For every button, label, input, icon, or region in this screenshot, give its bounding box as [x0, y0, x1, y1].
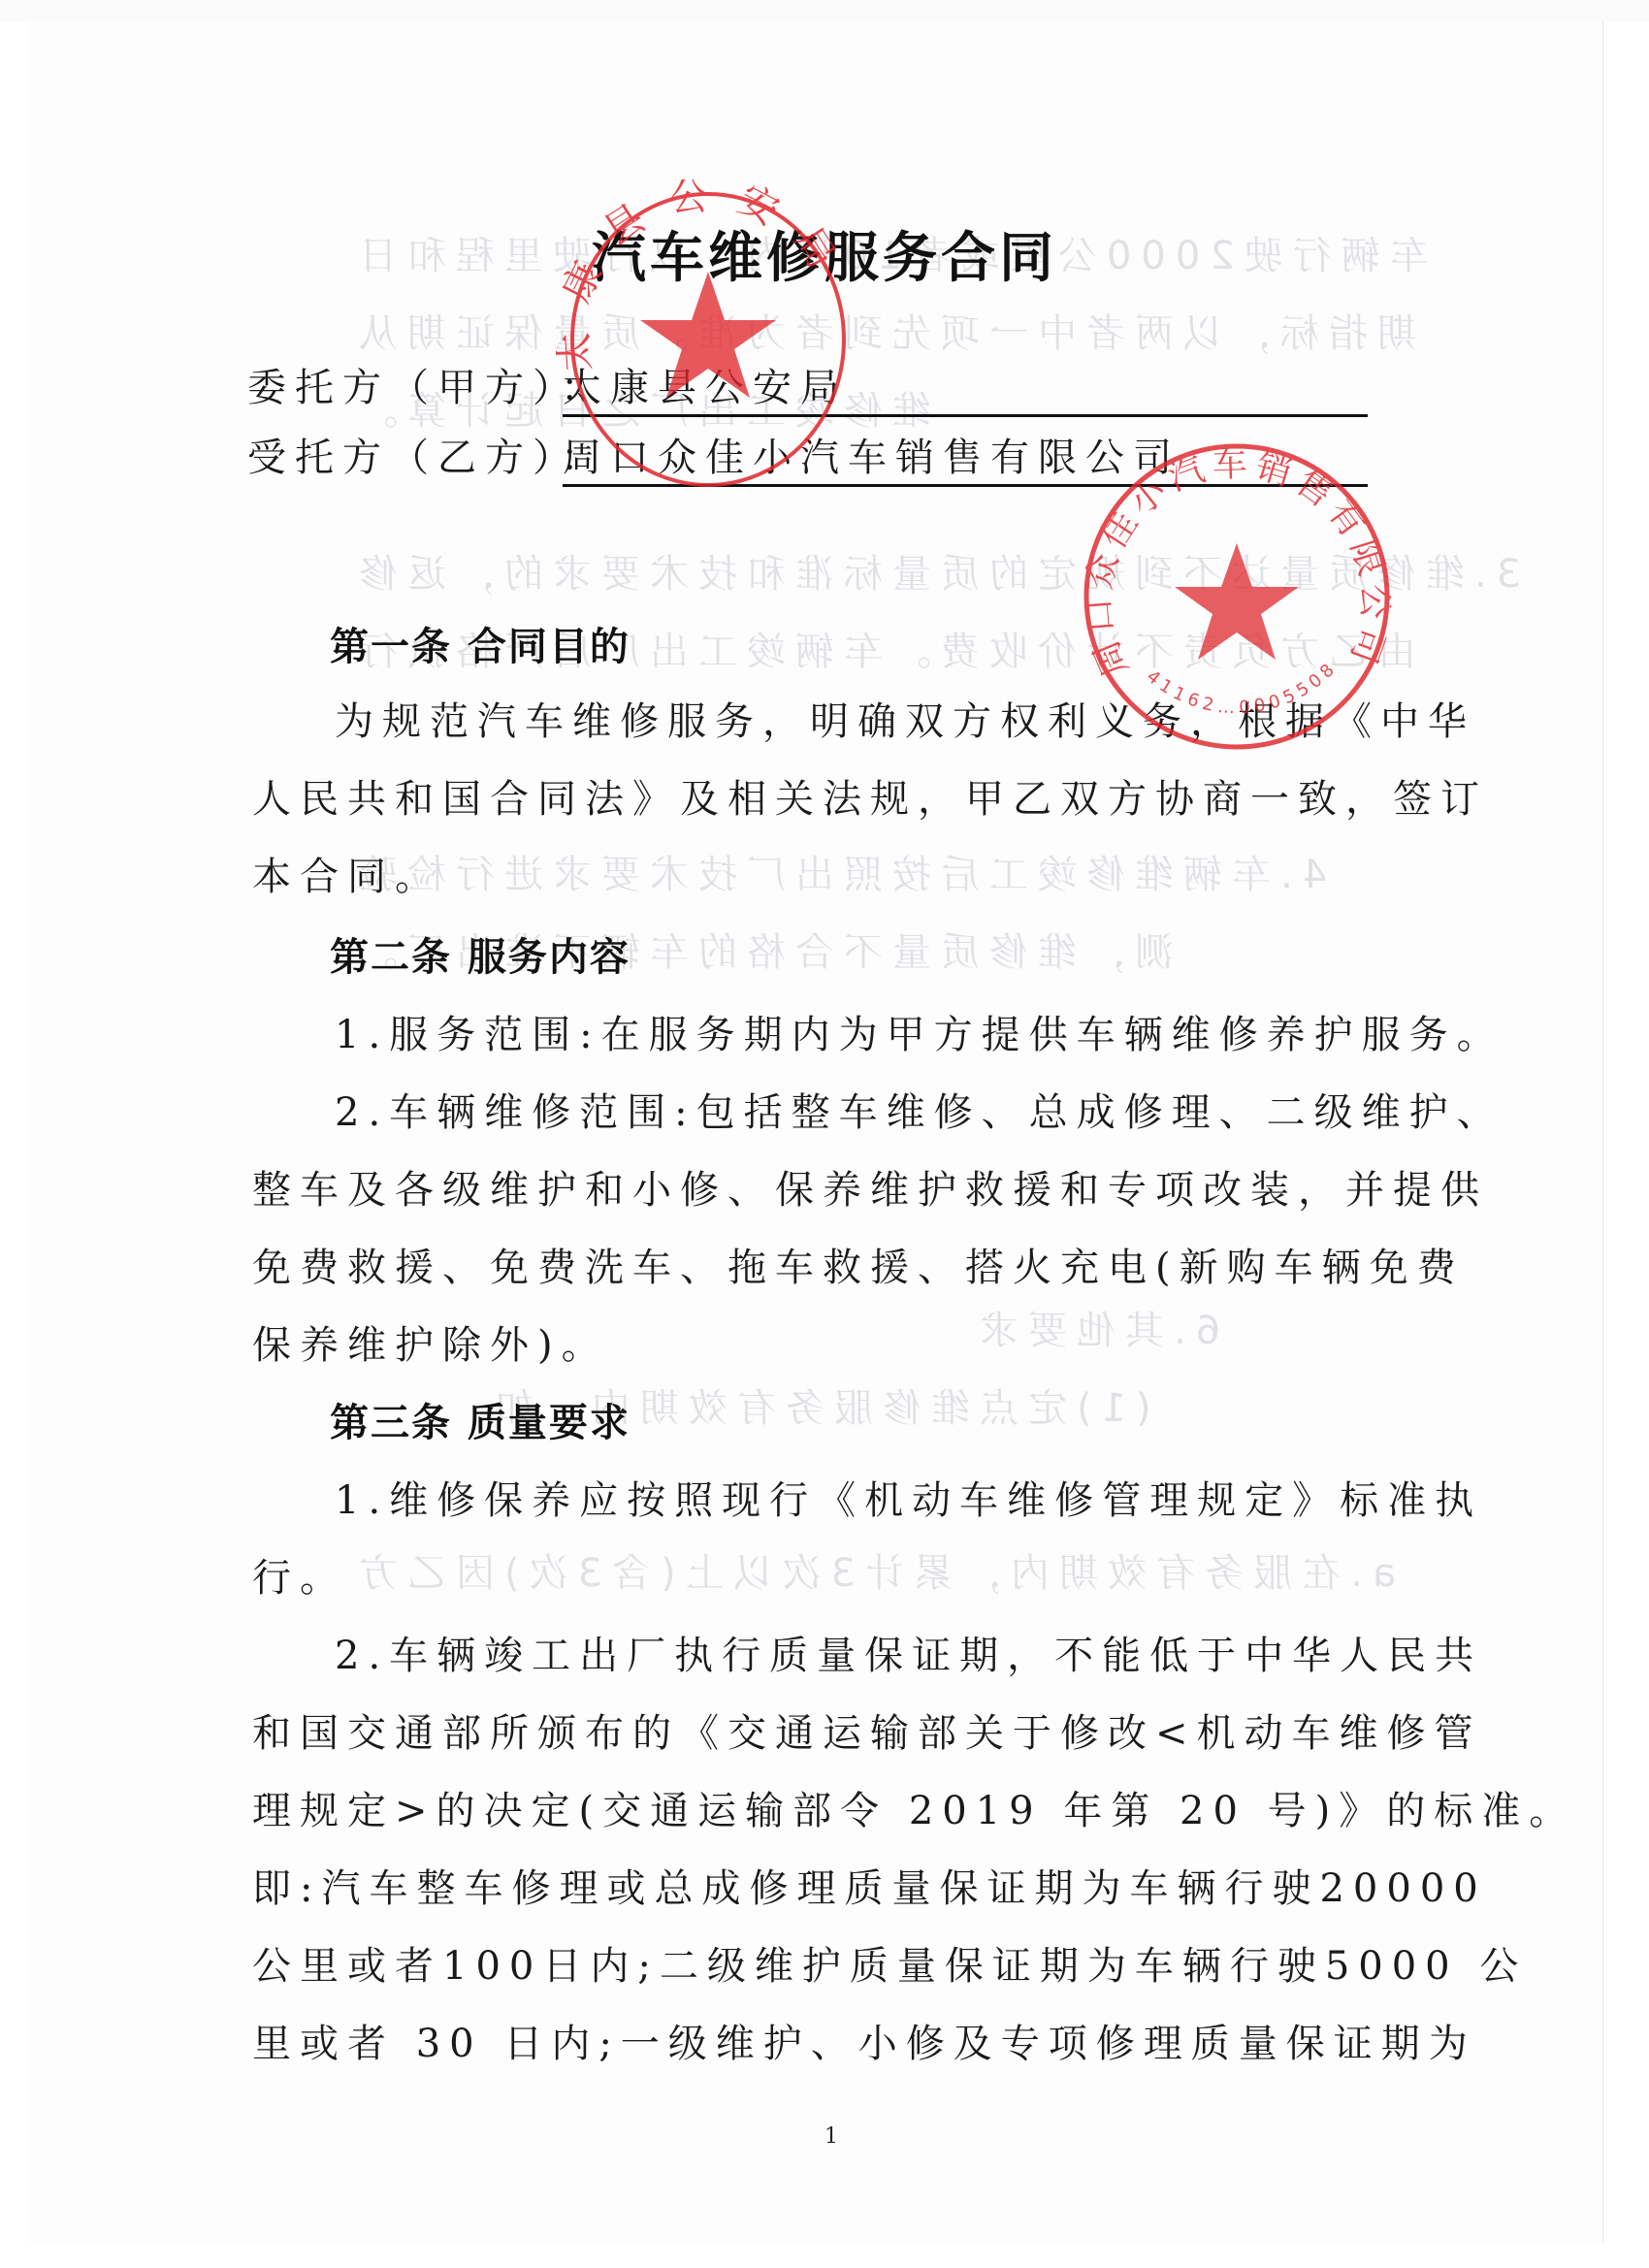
body-line: 保养维护除外)。 [252, 1314, 609, 1370]
body-line: 2.车辆维修范围:包括整车维修、总成修理、二级维护、 [335, 1082, 1504, 1137]
body-line: 本合同。 [252, 846, 442, 901]
bleed-through-line: 期指标，以两者中一项先到者为准。质量保证期从 [349, 303, 1416, 358]
party-a-seal: 太康县公安局 [548, 179, 868, 500]
section-heading: 第一条 合同目的 [330, 616, 630, 671]
party-a-label: 委托方（甲方）： [247, 357, 563, 412]
seal-stamp-icon: 周口众佳小汽车销售有限公司 41162…0005508 [1072, 432, 1402, 761]
body-line: 公里或者100日内;二级维护质量保证期为车辆行驶5000 公 [252, 1935, 1527, 1991]
bleed-through-line: 4.车辆维修竣工后按照出厂技术要求进行检验 [349, 844, 1327, 899]
body-line: 人民共和国合同法》及相关法规，甲乙双方协商一致，签订 [252, 768, 1488, 824]
party-b-row: 受托方（乙方）： 周口众佳小汽车销售有限公司 [247, 427, 563, 482]
scan-top-edge [0, 0, 1649, 21]
body-line: 免费救援、免费洗车、拖车救援、搭火充电(新购车辆免费 [252, 1237, 1465, 1292]
seal-stamp-icon: 太康县公安局 [548, 179, 868, 500]
section-heading: 第二条 服务内容 [330, 926, 630, 982]
party-a-row: 委托方（甲方）： 太康县公安局 [247, 357, 563, 412]
body-line: 即:汽车整车修理或总成修理质量保证期为车辆行驶20000 [252, 1858, 1487, 1913]
body-line: 理规定>的决定(交通运输部令 2019 年第 20 号)》的标准。 [252, 1780, 1576, 1835]
party-b-label: 受托方（乙方）： [247, 427, 563, 482]
body-line: 和国交通部所颁布的《交通运输部关于修改<机动车维修管 [252, 1702, 1482, 1758]
section-heading: 第三条 质量要求 [330, 1392, 630, 1447]
bleed-through-line: 6.其他要求 [970, 1300, 1220, 1355]
svg-text:41162…0005508: 41162…0005508 [1143, 657, 1342, 719]
body-line: 1.维修保养应按照现行《机动车维修管理规定》标准执 [335, 1470, 1482, 1525]
party-b-seal: 周口众佳小汽车销售有限公司 41162…0005508 [1072, 432, 1402, 761]
body-line: 2.车辆竣工出厂执行质量保证期，不能低于中华人民共 [335, 1625, 1482, 1680]
page-number: 1 [824, 2124, 838, 2149]
bleed-through-line: a.在服务有效期内，累计3次以上(含3次)因乙方 [349, 1542, 1396, 1598]
body-line: 行。 [252, 1547, 347, 1603]
body-line: 1.服务范围:在服务期内为甲方提供车辆维修养护服务。 [335, 1004, 1504, 1059]
body-line: 里或者 30 日内;一级维护、小修及专项修理质量保证期为 [252, 2013, 1476, 2068]
body-line: 整车及各级维护和小修、保养维护救援和专项改装，并提供 [252, 1159, 1488, 1215]
